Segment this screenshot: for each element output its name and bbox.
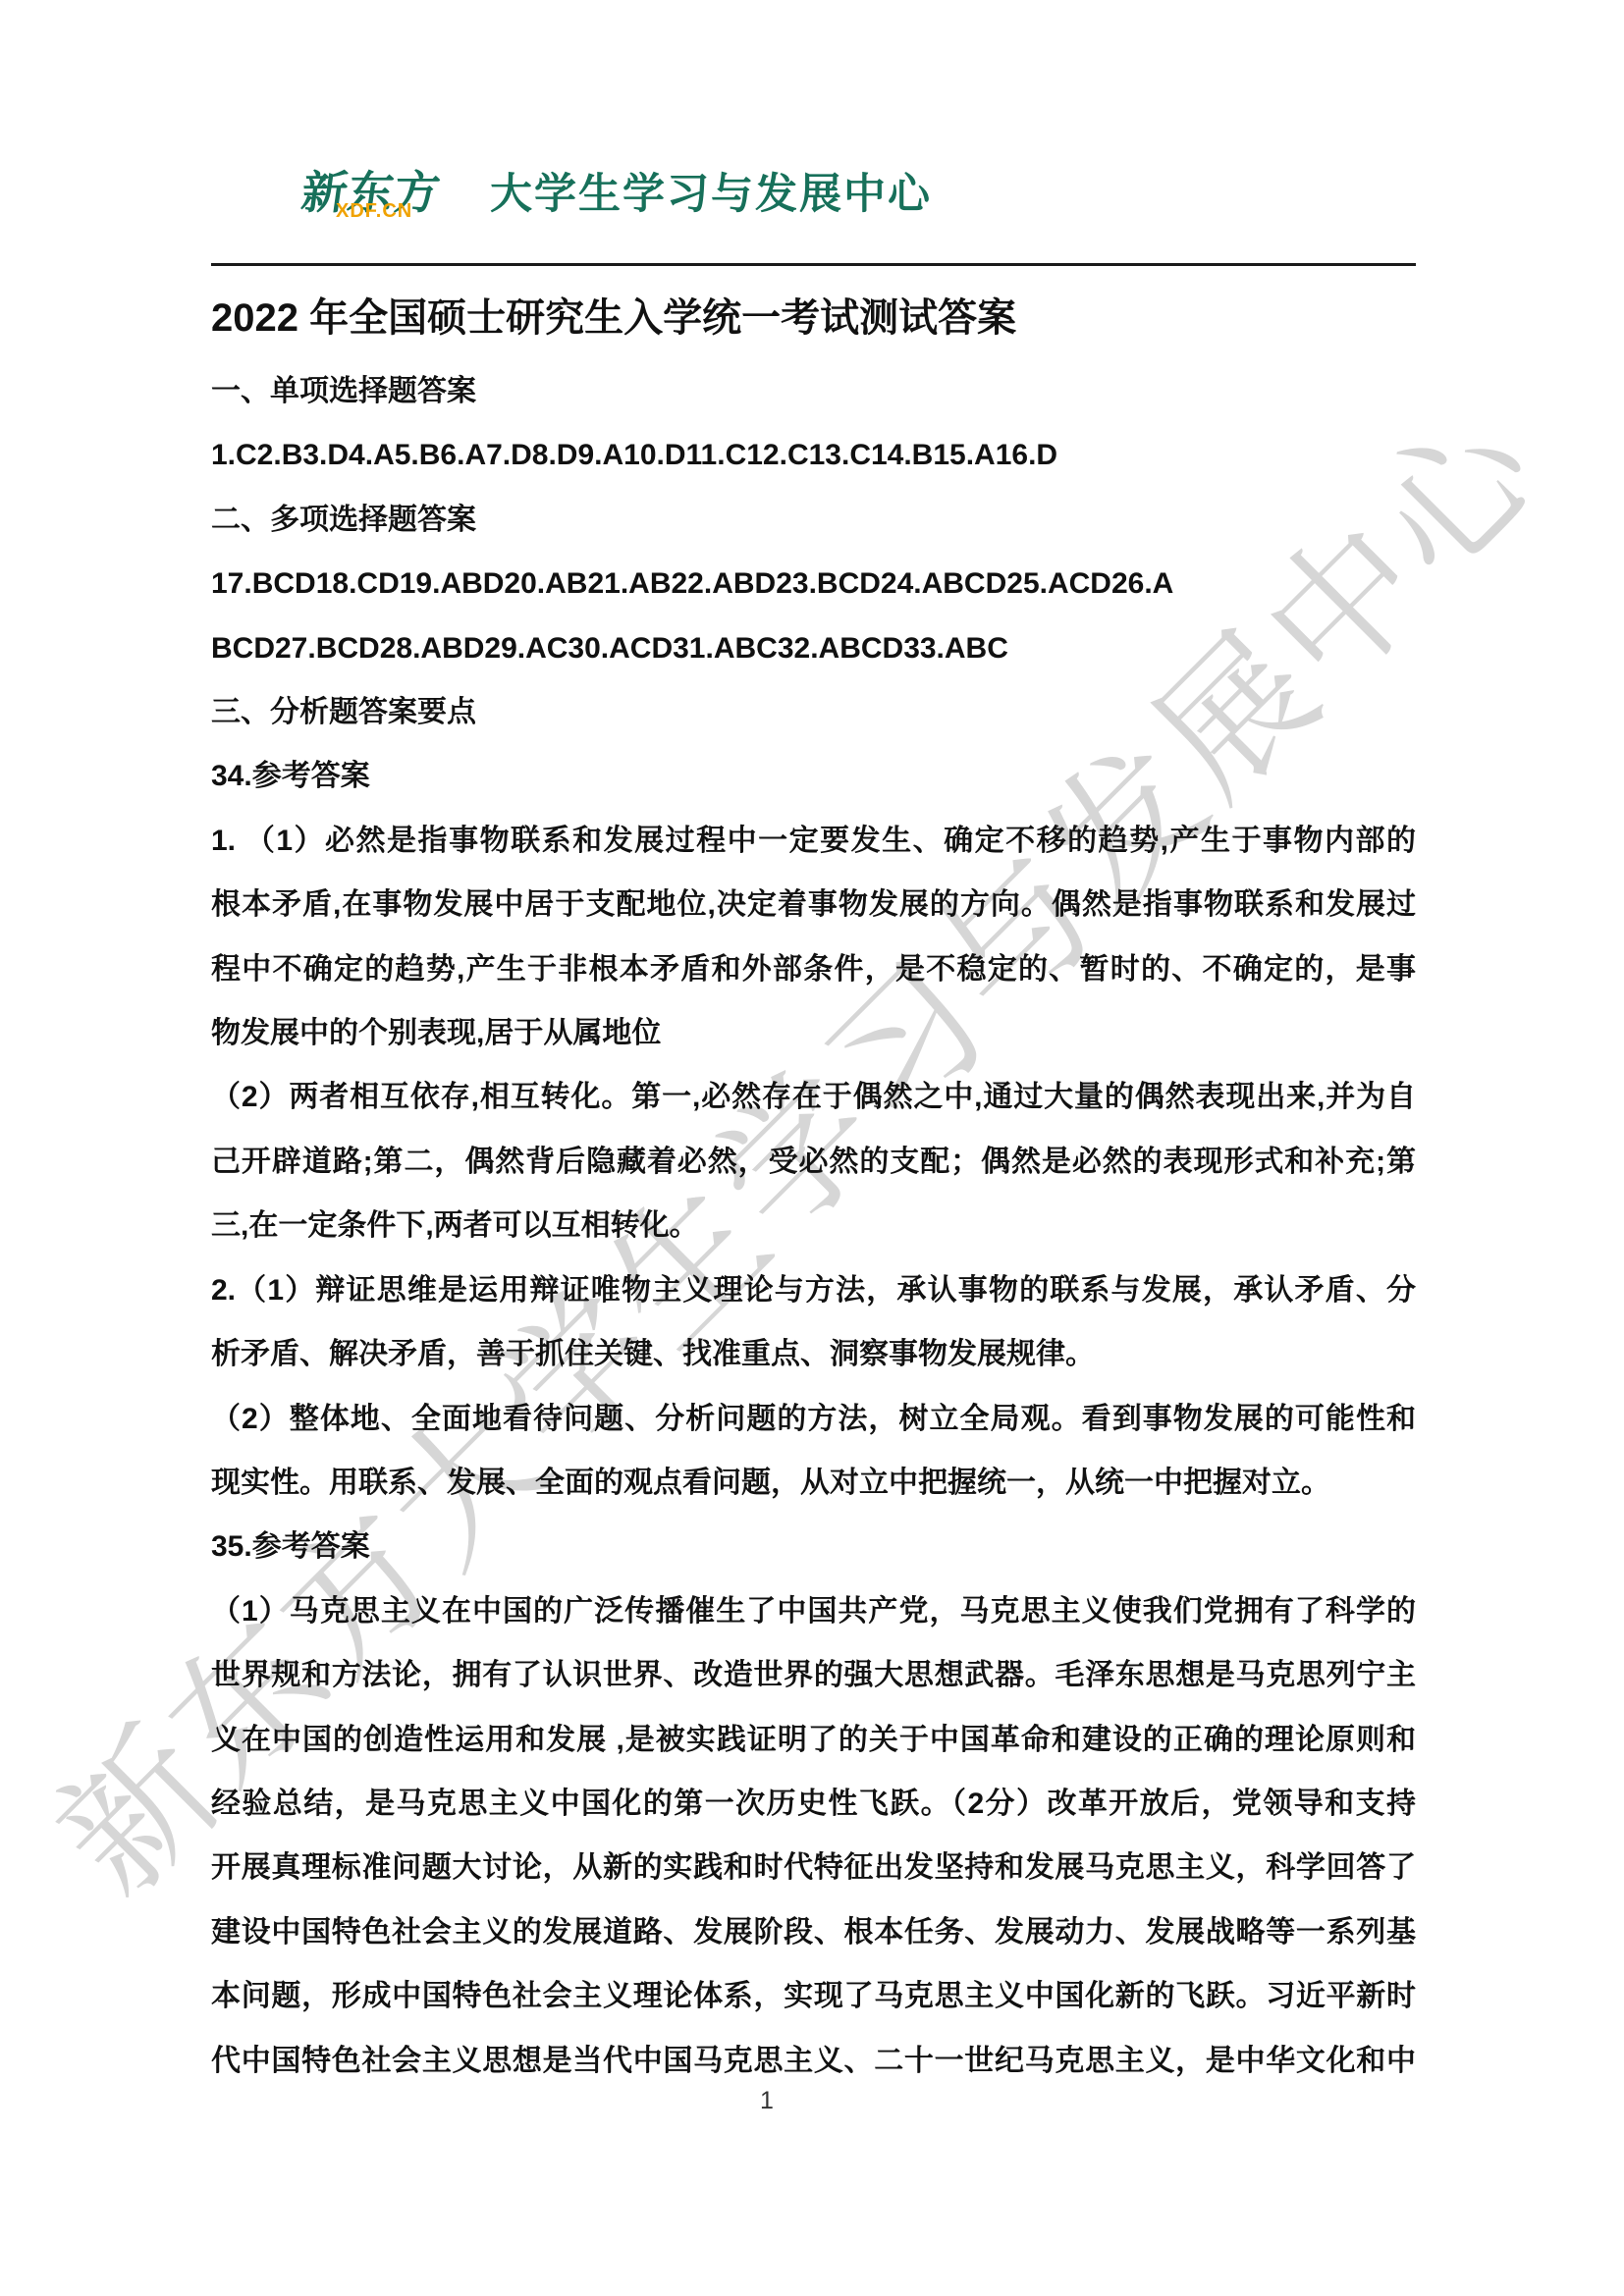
body-line: 根本矛盾,在事物发展中居于支配地位,决定着事物发展的方向。偶然是指事物联系和发展… <box>211 873 1416 936</box>
body-line: （2）两者相互依存,相互转化。第一,必然存在于偶然之中,通过大量的偶然表现出来,… <box>211 1065 1416 1129</box>
body-line: 1.C2.B3.D4.A5.B6.A7.D8.D9.A10.D11.C12.C1… <box>211 423 1416 487</box>
body-line: （2）整体地、全面地看待问题、分析问题的方法，树立全局观。看到事物发展的可能性和 <box>211 1387 1416 1451</box>
body-line: 建设中国特色社会主义的发展道路、发展阶段、根本任务、发展动力、发展战略等一系列基 <box>211 1900 1416 1964</box>
body-line: 物发展中的个别表现,居于从属地位 <box>211 1001 1416 1065</box>
body-line: 三、分析题答案要点 <box>211 680 1416 744</box>
body-line: 2.（1）辩证思维是运用辩证唯物主义理论与方法，承认事物的联系与发展，承认矛盾、… <box>211 1258 1416 1322</box>
body-line: 代中国特色社会主义思想是当代中国马克思主义、二十一世纪马克思主义，是中华文化和中 <box>211 2029 1416 2093</box>
body-line: 本问题，形成中国特色社会主义理论体系，实现了马克思主义中国化新的飞跃。习近平新时 <box>211 1964 1416 2028</box>
body-line: 析矛盾、解决矛盾，善于抓住关键、找准重点、洞察事物发展规律。 <box>211 1322 1416 1386</box>
body-line: （1）马克思主义在中国的广泛传播催生了中国共产党，马克思主义使我们党拥有了科学的 <box>211 1579 1416 1643</box>
body-line: 义在中国的创造性运用和发展 ,是被实践证明了的关于中国革命和建设的正确的理论原则… <box>211 1708 1416 1772</box>
body-line: 己开辟道路;第二，偶然背后隐藏着必然，受必然的支配；偶然是必然的表现形式和补充;… <box>211 1130 1416 1194</box>
body-line: 一、单项选择题答案 <box>211 359 1416 423</box>
body-line: 开展真理标准问题大讨论，从新的实践和时代特征出发坚持和发展马克思主义，科学回答了 <box>211 1836 1416 1899</box>
xdf-logo: 新东方 XDF.CN <box>302 157 464 222</box>
body-line: 1. （1）必然是指事物联系和发展过程中一定要发生、确定不移的趋势,产生于事物内… <box>211 809 1416 873</box>
body-line: 17.BCD18.CD19.ABD20.AB21.AB22.ABD23.BCD2… <box>211 552 1416 615</box>
logo-domain-text: XDF.CN <box>336 200 412 223</box>
center-name-text: 大学生学习与发展中心 <box>490 161 932 221</box>
header: 新东方 XDF.CN 大学生学习与发展中心 <box>302 157 932 222</box>
body-line: 34.参考答案 <box>211 744 1416 808</box>
body-line: 程中不确定的趋势,产生于非根本矛盾和外部条件，是不稳定的、暂时的、不确定的，是事 <box>211 937 1416 1001</box>
page-title: 2022 年全国硕士研究生入学统一考试测试答案 <box>211 287 1416 343</box>
body-line: BCD27.BCD28.ABD29.AC30.ACD31.ABC32.ABCD3… <box>211 616 1416 680</box>
body-line: 三,在一定条件下,两者可以互相转化。 <box>211 1194 1416 1257</box>
body-line: 现实性。用联系、发展、全面的观点看问题，从对立中把握统一，从统一中把握对立。 <box>211 1451 1416 1515</box>
document-body: 一、单项选择题答案1.C2.B3.D4.A5.B6.A7.D8.D9.A10.D… <box>211 359 1416 2093</box>
horizontal-rule <box>211 263 1416 266</box>
page-number: 1 <box>752 2087 782 2115</box>
document-page: 新东方大学生学习与发展中心 新东方 XDF.CN 大学生学习与发展中心 2022… <box>0 0 1624 2296</box>
body-line: 经验总结，是马克思主义中国化的第一次历史性飞跃。（2分）改革开放后，党领导和支持 <box>211 1772 1416 1836</box>
body-line: 世界规和方法论，拥有了认识世界、改造世界的强大思想武器。毛泽东思想是马克思列宁主 <box>211 1643 1416 1707</box>
body-line: 二、多项选择题答案 <box>211 488 1416 552</box>
body-line: 35.参考答案 <box>211 1515 1416 1578</box>
